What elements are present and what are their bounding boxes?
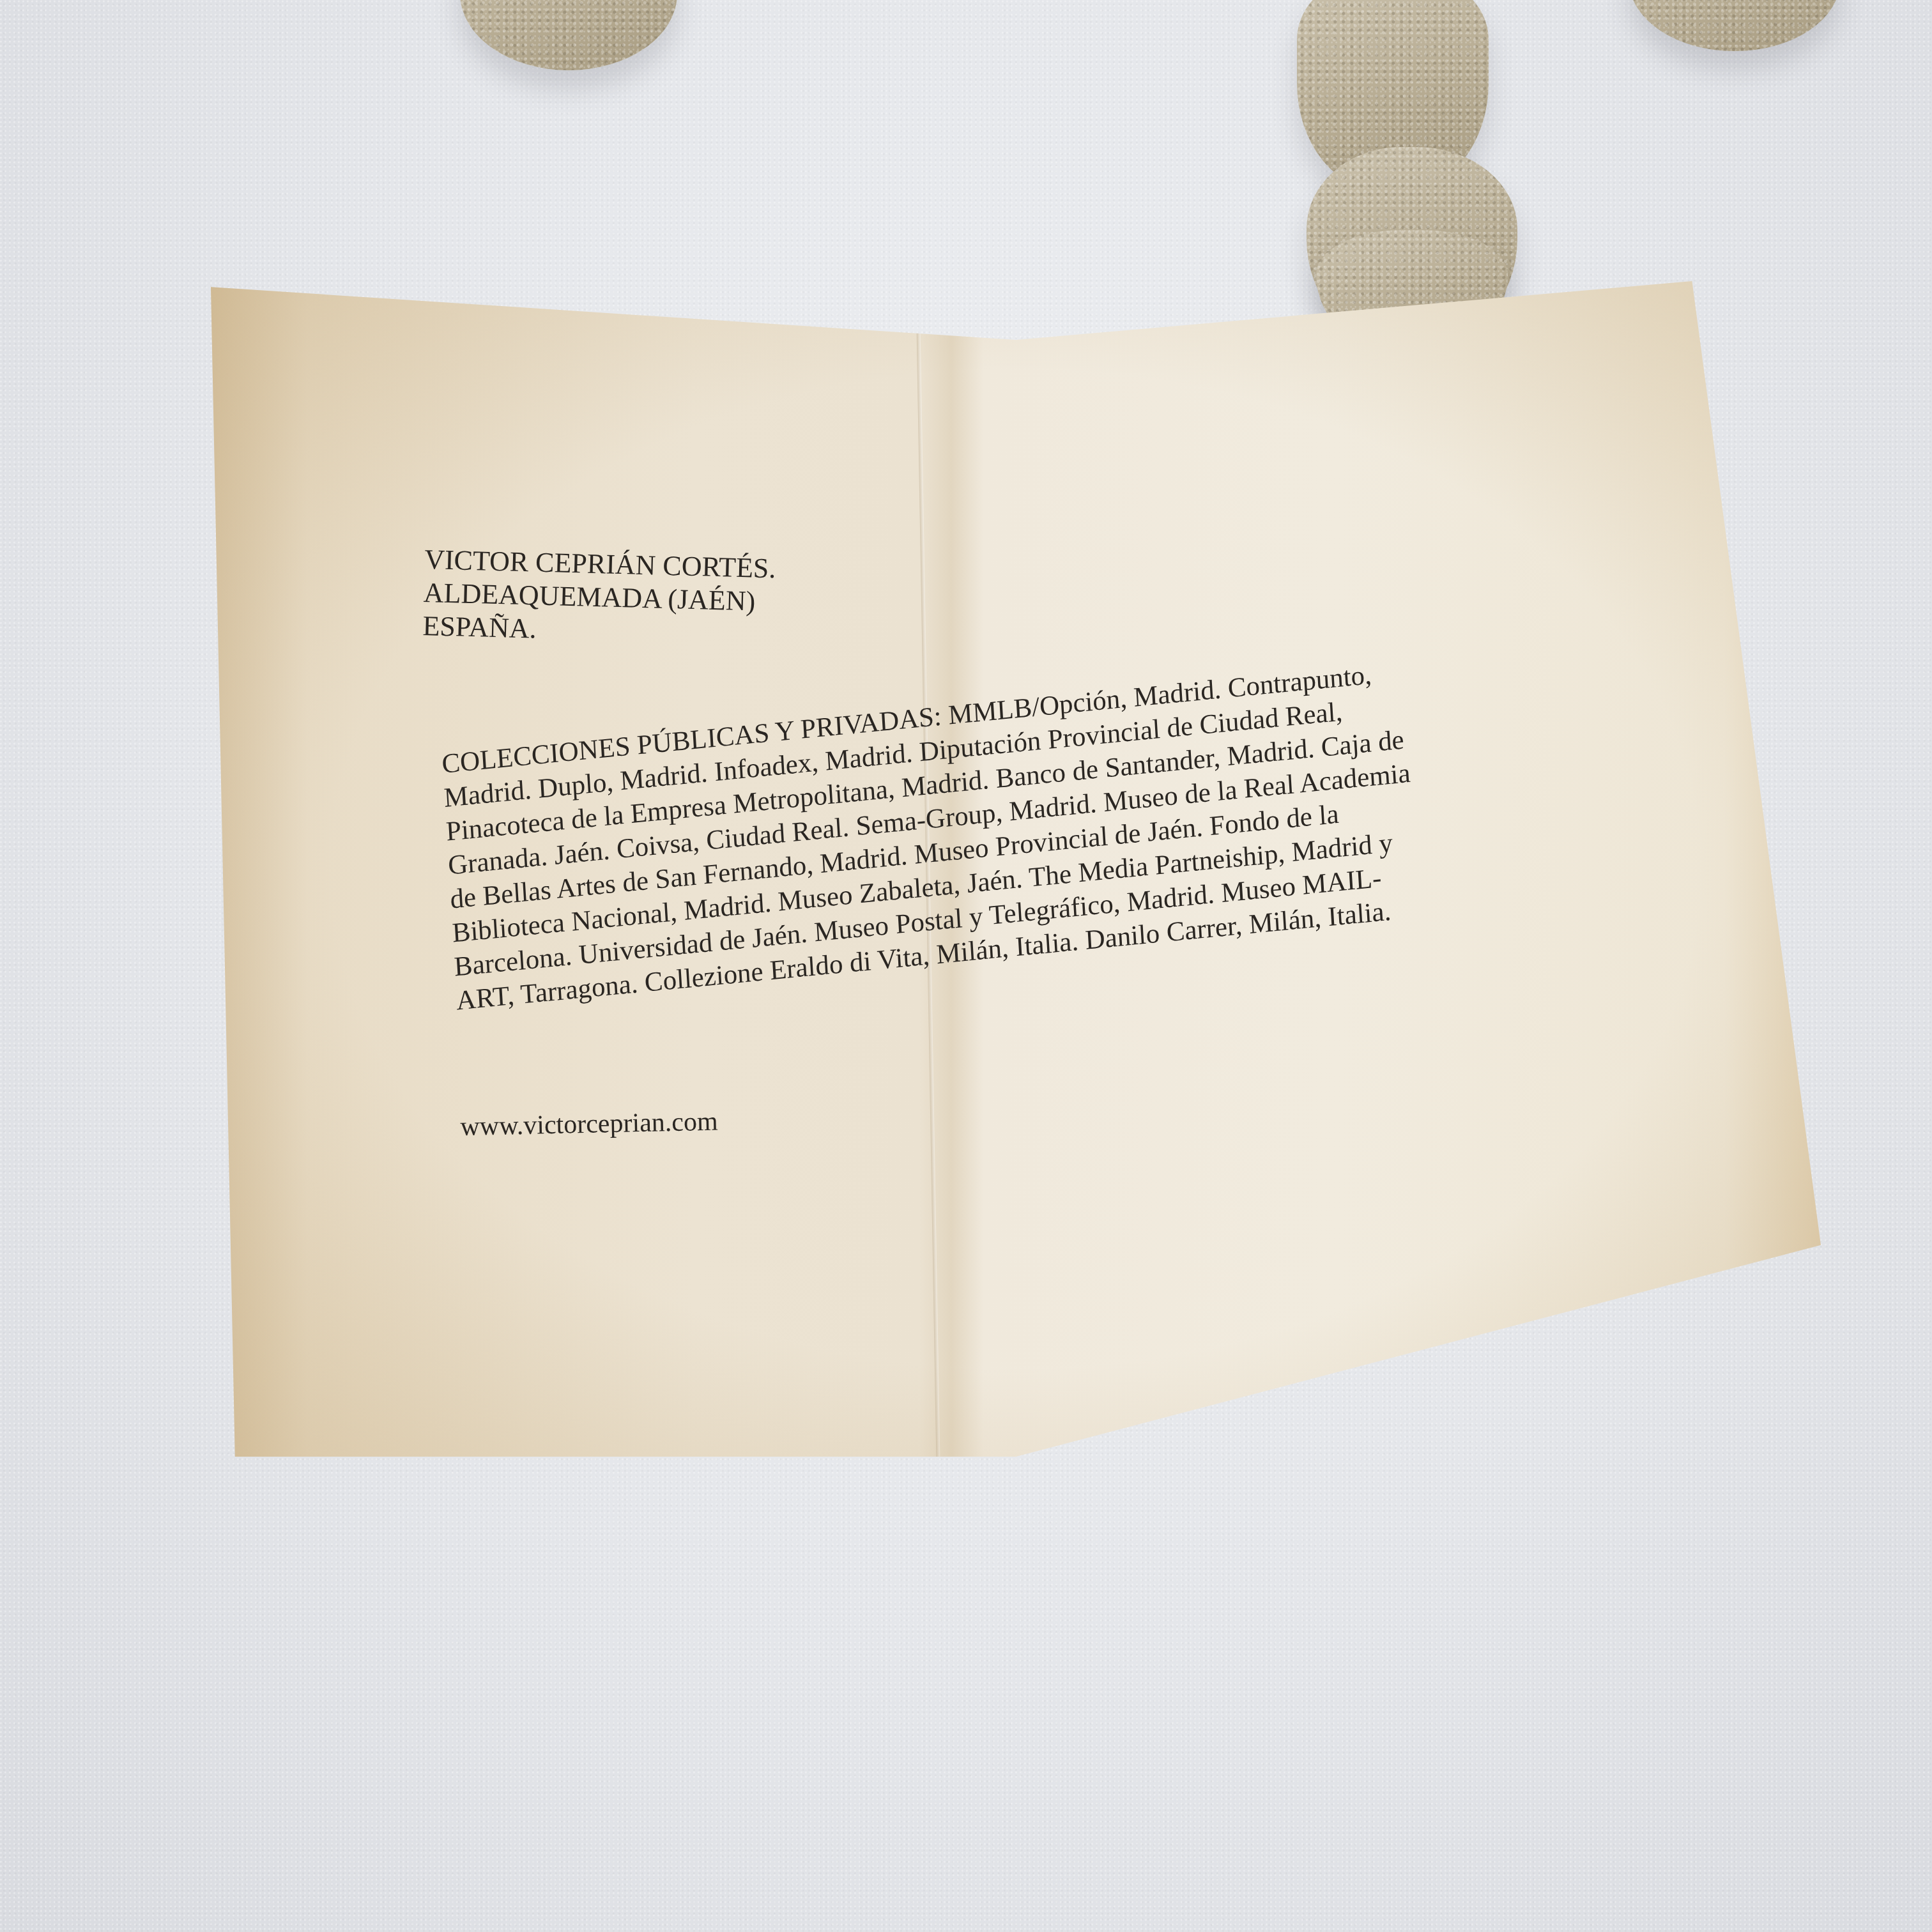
stone-sculpture-left: [460, 0, 677, 70]
artist-address: VICTOR CEPRIÁN CORTÉS. ALDEAQUEMADA (JAÉ…: [422, 543, 776, 652]
website-url: www.victorceprian.com: [460, 1107, 718, 1142]
stone-sculpture-right: [1629, 0, 1840, 51]
